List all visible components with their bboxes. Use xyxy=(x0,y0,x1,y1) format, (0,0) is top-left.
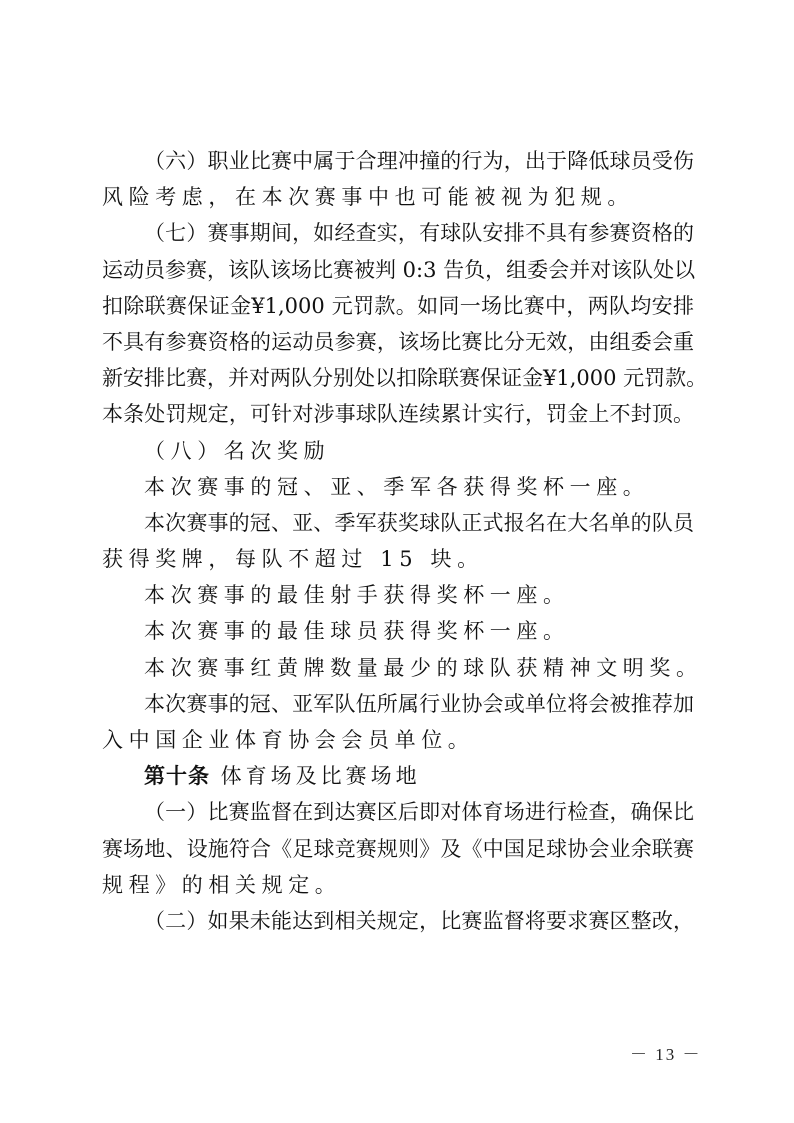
text-line: 本次赛事的冠、亚、季军获奖球队正式报名在大名单的队员 xyxy=(102,505,694,541)
text-line: 本次赛事红黄牌数量最少的球队获精神文明奖。 xyxy=(102,650,694,686)
text-line: 运动员参赛，该队该场比赛被判 0:3 告负，组委会并对该队处以 xyxy=(102,252,694,288)
article-number: 第十条 xyxy=(144,764,210,788)
text-line: （一）比赛监督在到达赛区后即对体育场进行检查，确保比 xyxy=(102,794,694,830)
text-line: 赛场地、设施符合《足球竞赛规则》及《中国足球协会业余联赛 xyxy=(102,831,694,867)
text-line: （二）如果未能达到相关规定，比赛监督将要求赛区整改， xyxy=(102,903,694,939)
section-subheading: （八）名次奖励 xyxy=(102,433,694,469)
text-line: 本次赛事的最佳射手获得奖杯一座。 xyxy=(102,577,694,613)
text-line: （六）职业比赛中属于合理冲撞的行为，出于降低球员受伤 xyxy=(102,143,694,179)
text-line: 入中国企业体育协会会员单位。 xyxy=(102,722,694,758)
text-line: （七）赛事期间，如经查实，有球队安排不具有参赛资格的 xyxy=(102,215,694,251)
page-number: － 13 － xyxy=(630,1040,702,1065)
text-line: 本次赛事的最佳球员获得奖杯一座。 xyxy=(102,613,694,649)
article-heading: 第十条 体育场及比赛场地 xyxy=(102,758,694,794)
text-line: 风险考虑，在本次赛事中也可能被视为犯规。 xyxy=(102,179,694,215)
text-line: 不具有参赛资格的运动员参赛，该场比赛比分无效，由组委会重 xyxy=(102,324,694,360)
text-line: 新安排比赛，并对两队分别处以扣除联赛保证金¥1,000 元罚款。 xyxy=(102,360,694,396)
text-line: 本次赛事的冠、亚、季军各获得奖杯一座。 xyxy=(102,469,694,505)
text-line: 本条处罚规定，可针对涉事球队连续累计实行，罚金上不封顶。 xyxy=(102,396,694,432)
text-line: 本次赛事的冠、亚军队伍所属行业协会或单位将会被推荐加 xyxy=(102,686,694,722)
text-line: 规程》的相关规定。 xyxy=(102,867,694,903)
text-line: 扣除联赛保证金¥1,000 元罚款。如同一场比赛中，两队均安排 xyxy=(102,288,694,324)
text-line: 获得奖牌，每队不超过 15 块。 xyxy=(102,541,694,577)
article-title: 体育场及比赛场地 xyxy=(210,764,421,788)
document-body: （六）职业比赛中属于合理冲撞的行为，出于降低球员受伤 风险考虑，在本次赛事中也可… xyxy=(102,143,694,939)
